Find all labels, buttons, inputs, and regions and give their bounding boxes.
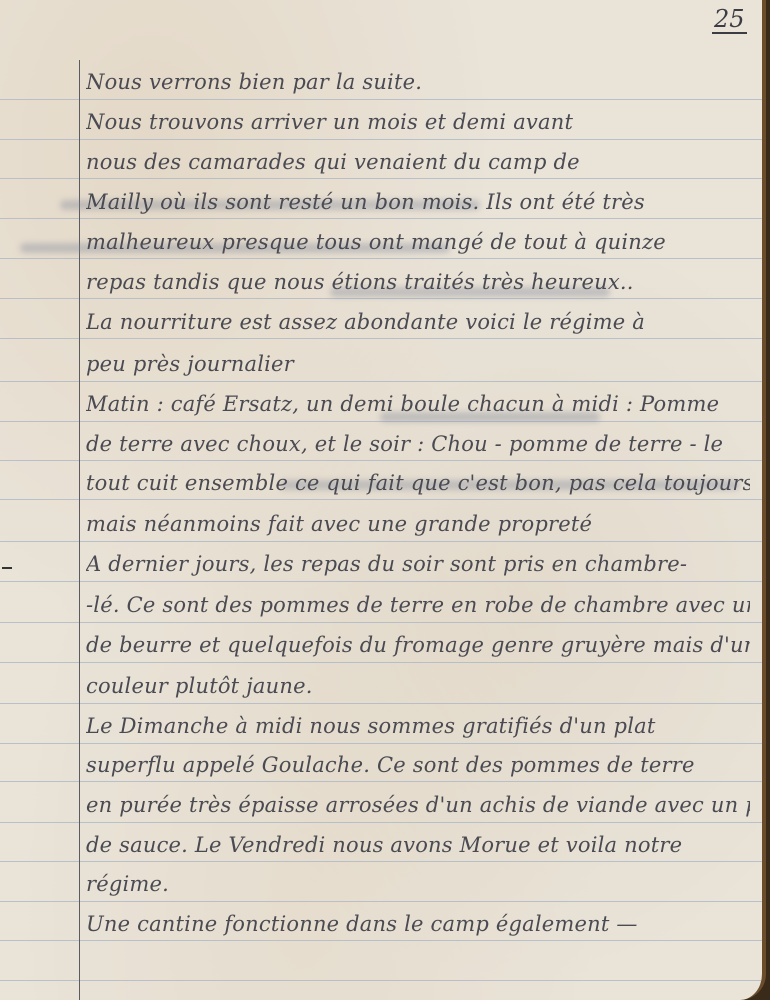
ruled-line [0,622,762,623]
text-line: Nous verrons bien par la suite. [86,70,750,94]
text-line: peu près journalier [86,352,750,376]
text-line: Mailly où ils sont resté un bon mois. Il… [86,190,750,214]
ruled-line [0,258,762,259]
ruled-line [0,781,762,782]
text-line: Une cantine fonctionne dans le camp égal… [86,912,750,936]
ruled-line [0,460,762,461]
ruled-line [0,662,762,663]
ruled-line [0,218,762,219]
text-line: mais néanmoins fait avec une grande prop… [86,512,750,536]
text-line: superflu appelé Goulache. Ce sont des po… [86,753,750,777]
text-line: de terre avec choux, et le soir : Chou -… [86,432,750,456]
text-line: nous des camarades qui venaient du camp … [86,150,750,174]
ruled-line [0,980,762,981]
ruled-line [0,822,762,823]
text-line: régime. [86,872,750,896]
text-line: en purée très épaisse arrosées d'un achi… [86,793,750,817]
page-number: 25 [712,6,747,34]
ruled-line [0,178,762,179]
margin-mark [2,567,12,569]
ruled-line [0,581,762,582]
ruled-line [0,743,762,744]
text-line: Matin : café Ersatz, un demi boule chacu… [86,392,750,416]
ruled-line [0,703,762,704]
ruled-line [0,499,762,500]
text-line: de beurre et quelquefois du fromage genr… [86,633,750,657]
text-line: Nous trouvons arriver un mois et demi av… [86,110,750,134]
text-line: tout cuit ensemble ce qui fait que c'est… [86,471,750,495]
text-line: malheureux presque tous ont mangé de tou… [86,230,750,254]
text-line: A dernier jours, les repas du soir sont … [86,552,750,576]
ruled-line [0,541,762,542]
text-line: couleur plutôt jaune. [86,674,750,698]
text-line: -lé. Ce sont des pommes de terre en robe… [86,593,750,617]
ruled-line [0,421,762,422]
ruled-line [0,940,762,941]
text-line: de sauce. Le Vendredi nous avons Morue e… [86,833,750,857]
text-line: La nourriture est assez abondante voici … [86,310,750,334]
ruled-line [0,298,762,299]
ruled-line [0,381,762,382]
text-line: repas tandis que nous étions traités trè… [86,270,750,294]
ruled-line [0,861,762,862]
ruled-line [0,99,762,100]
notebook-page: 25 Nous verrons bien par la suite. Nous … [0,0,766,1000]
text-line: Le Dimanche à midi nous sommes gratifiés… [86,714,750,738]
ruled-line [0,901,762,902]
ruled-line [0,338,762,339]
ruled-line [0,139,762,140]
